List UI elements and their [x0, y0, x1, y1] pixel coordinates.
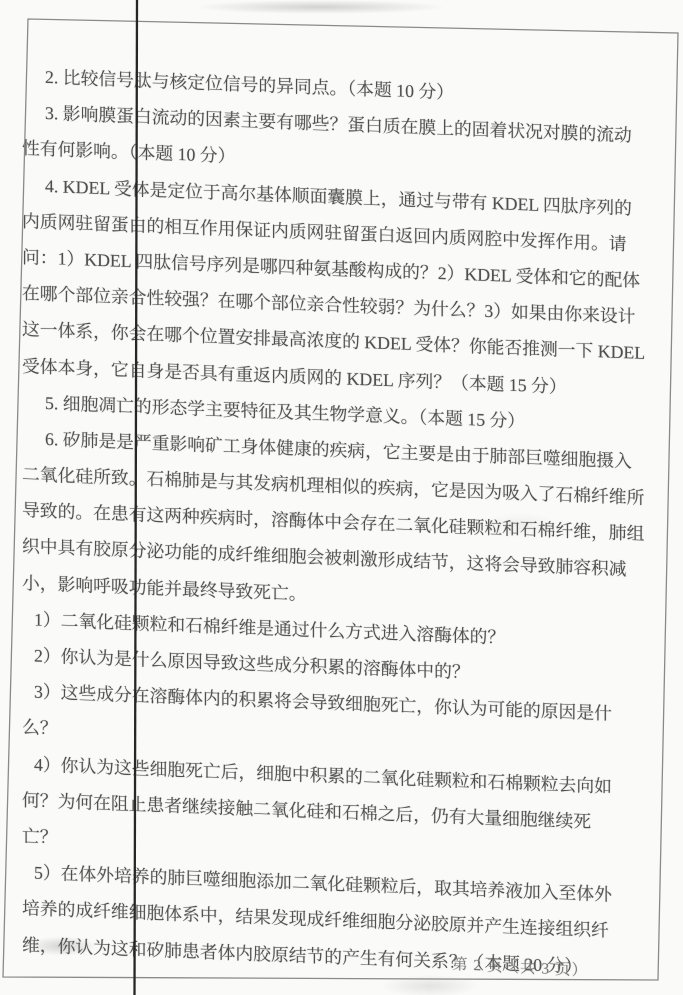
- scanned-exam-page: 2. 比较信号肽与核定位信号的异同点。（本题 10 分）3. 影响膜蛋白流动的因…: [0, 0, 683, 995]
- exam-questions-text: 2. 比较信号肽与核定位信号的异同点。（本题 10 分）3. 影响膜蛋白流动的因…: [22, 58, 670, 988]
